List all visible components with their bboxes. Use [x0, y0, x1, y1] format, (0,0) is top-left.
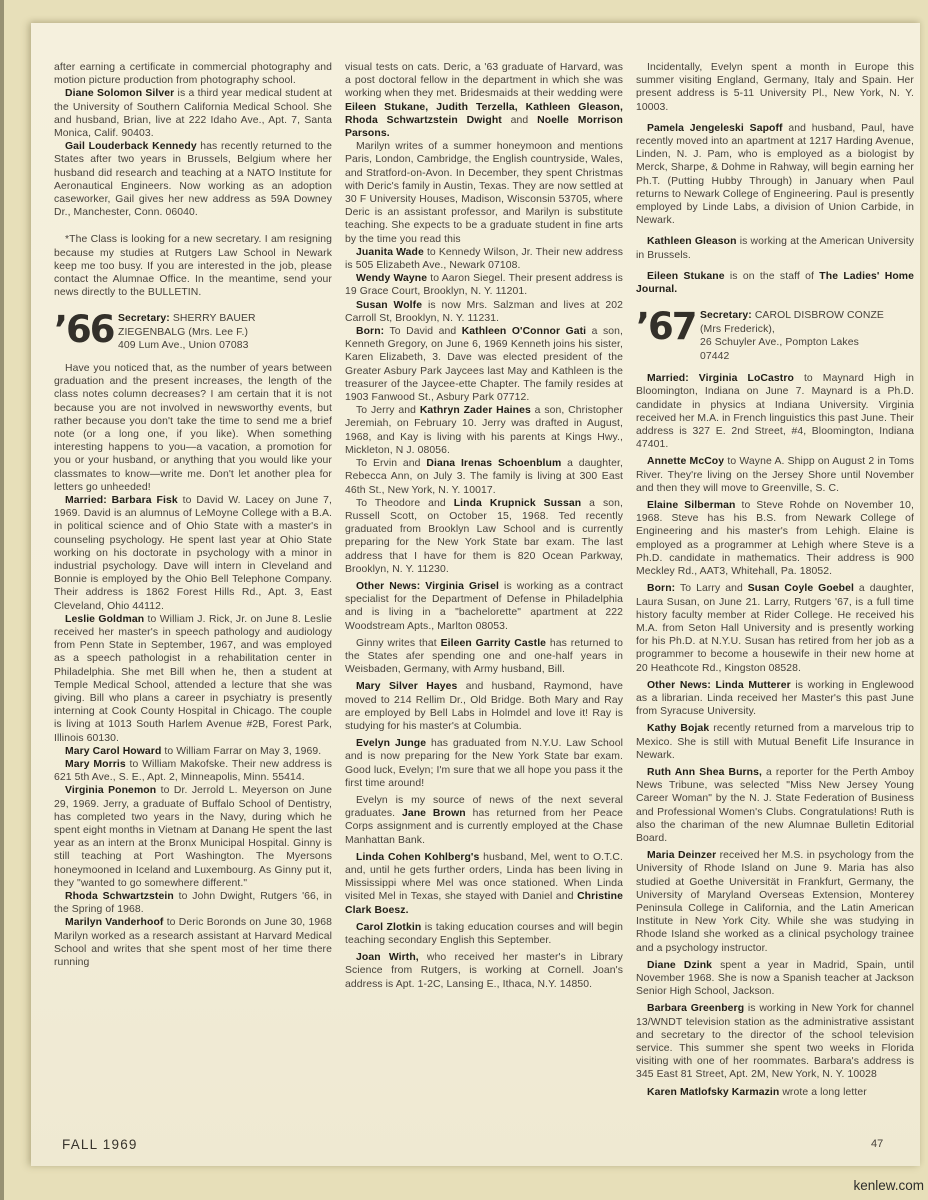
paragraph: Mary Carol Howard to William Farrar on M… [54, 745, 332, 758]
name-lead-in: Married: Barbara Fisk [65, 495, 178, 506]
body-text: CAROL DISBROW CONZE [752, 310, 884, 321]
paragraph: Other News: Linda Mutterer is working in… [636, 679, 914, 719]
paragraph: Barbara Greenberg is working in New York… [636, 1002, 914, 1081]
text-columns: after earning a certificate in commercia… [54, 61, 914, 1099]
name-lead-in: Other News: Virginia Grisel [356, 581, 499, 592]
body-text: a reporter for the Perth Amboy News Trib… [636, 767, 914, 844]
body-text: To Jerry and [356, 405, 420, 416]
name-lead-in: Mary Morris [65, 759, 126, 770]
name-lead-in: Born: [647, 583, 675, 594]
column-2: visual tests on cats. Deric, a '63 gradu… [345, 61, 623, 1099]
body-text: To Larry and [675, 583, 748, 594]
body-text: has recently returned to the States afte… [54, 141, 332, 218]
secretary-line: 409 Lum Ave., Union 07083 [118, 339, 256, 353]
name-lead-in: Maria Deinzer [647, 850, 716, 861]
body-text: a daughter, Laura Susan, on June 21. Lar… [636, 583, 914, 673]
paragraph: Incidentally, Evelyn spent a month in Eu… [636, 61, 914, 114]
page: after earning a certificate in commercia… [31, 23, 920, 1166]
body-text: To Theodore and [356, 498, 454, 509]
name-lead-in: Linda Krupnick Sussan [454, 498, 581, 509]
paragraph: Kathy Bojak recently returned from a mar… [636, 722, 914, 762]
body-text: ZIEGENBALG (Mrs. Lee F.) [118, 327, 248, 338]
body-text: SHERRY BAUER [170, 313, 256, 324]
body-text: to Steve Rohde on November 10, 1968. Ste… [636, 500, 914, 577]
name-lead-in: Karen Matlofsky Karmazin [647, 1087, 779, 1098]
body-text: to William Farrar on May 3, 1969. [161, 746, 321, 757]
paragraph: Kathleen Gleason is working at the Ameri… [636, 235, 914, 261]
paragraph: Joan Wirth, who received her master's in… [345, 951, 623, 991]
secretary-info: Secretary: CAROL DISBROW CONZE(Mrs Frede… [700, 309, 884, 363]
name-lead-in: Susan Wolfe [356, 300, 422, 311]
paragraph: Marilyn Vanderhoof to Deric Boronds on J… [54, 916, 332, 969]
paragraph: Married: Barbara Fisk to David W. Lacey … [54, 494, 332, 613]
issue-label: FALL 1969 [62, 1137, 138, 1152]
secretary-line: (Mrs Frederick), [700, 323, 884, 337]
body-text: To David and [384, 326, 461, 337]
body-text: To Ervin and [356, 458, 426, 469]
body-text: and husband, Paul, have recently moved i… [636, 123, 914, 226]
name-lead-in: Joan Wirth, [356, 952, 419, 963]
name-lead-in: Kathryn Zader Haines [420, 405, 531, 416]
paragraph: Evelyn Junge has graduated from N.Y.U. L… [345, 737, 623, 790]
body-text: after earning a certificate in commercia… [54, 62, 332, 86]
paragraph: Diane Solomon Silver is a third year med… [54, 87, 332, 140]
name-lead-in: Diana Irenas Schoenblum [426, 458, 561, 469]
class-year-section-header: ’67Secretary: CAROL DISBROW CONZE(Mrs Fr… [636, 309, 914, 363]
body-text: Incidentally, Evelyn spent a month in Eu… [636, 62, 914, 113]
name-lead-in: Secretary: [700, 310, 752, 321]
body-text: a son, Kenneth Gregory, on June 6, 1969 … [345, 326, 623, 403]
paragraph: visual tests on cats. Deric, a '63 gradu… [345, 61, 623, 140]
body-text: to Dr. Jerrold L. Meyerson on June 29, 1… [54, 785, 332, 888]
name-lead-in: Gail Louderback Kennedy [65, 141, 197, 152]
name-lead-in: Kathy Bojak [647, 723, 709, 734]
name-lead-in: Married: Virginia LoCastro [647, 373, 794, 384]
body-text: and [502, 115, 537, 126]
body-text: *The Class is looking for a new secretar… [54, 234, 332, 298]
paragraph: Wendy Wayne to Aaron Siegel. Their prese… [345, 272, 623, 298]
paragraph: Gail Louderback Kennedy has recently ret… [54, 140, 332, 219]
page-number: 47 [871, 1138, 883, 1150]
paragraph: *The Class is looking for a new secretar… [54, 233, 332, 299]
body-text: 07442 [700, 351, 729, 362]
name-lead-in: Ruth Ann Shea Burns, [647, 767, 762, 778]
paragraph: Pamela Jengeleski Sapoff and husband, Pa… [636, 122, 914, 228]
body-text: to David W. Lacey on June 7, 1969. David… [54, 495, 332, 612]
secretary-line: 26 Schuyler Ave., Pompton Lakes [700, 336, 884, 350]
paragraph: Diane Dzink spent a year in Madrid, Spai… [636, 959, 914, 999]
name-lead-in: Diane Solomon Silver [65, 88, 174, 99]
secretary-line: ZIEGENBALG (Mrs. Lee F.) [118, 326, 256, 340]
name-lead-in: Juanita Wade [356, 247, 424, 258]
body-text: 26 Schuyler Ave., Pompton Lakes [700, 337, 859, 348]
paragraph: Have you noticed that, as the number of … [54, 362, 332, 494]
paragraph: Other News: Virginia Grisel is working a… [345, 580, 623, 633]
name-lead-in: Eileen Stukane [647, 271, 725, 282]
name-lead-in: Wendy Wayne [356, 273, 427, 284]
paragraph: Married: Virginia LoCastro to Maynard Hi… [636, 372, 914, 451]
body-text: is on the staff of [725, 271, 820, 282]
secretary-line: Secretary: SHERRY BAUER [118, 312, 256, 326]
secretary-info: Secretary: SHERRY BAUERZIEGENBALG (Mrs. … [118, 312, 256, 353]
name-lead-in: Marilyn Vanderhoof [65, 917, 163, 928]
name-lead-in: Virginia Ponemon [65, 785, 156, 796]
name-lead-in: Mary Carol Howard [65, 746, 161, 757]
body-text: Ginny writes that [356, 638, 441, 649]
body-text: Have you noticed that, as the number of … [54, 363, 332, 493]
paragraph: To Ervin and Diana Irenas Schoenblum a d… [345, 457, 623, 497]
body-text: to William J. Rick, Jr. on June 8. Lesli… [54, 614, 332, 744]
name-lead-in: Susan Coyle Goebel [748, 583, 854, 594]
name-lead-in: Rhoda Schwartzstein [65, 891, 174, 902]
column-3: Incidentally, Evelyn spent a month in Eu… [636, 61, 914, 1099]
paragraph: Born: To Larry and Susan Coyle Goebel a … [636, 582, 914, 674]
name-lead-in: Carol Zlotkin [356, 922, 421, 933]
body-text: Marilyn writes of a summer honeymoon and… [345, 141, 623, 244]
class-year-label: ’67 [636, 309, 700, 363]
paragraph: Ginny writes that Eileen Garrity Castle … [345, 637, 623, 677]
body-text: is working in New York for channel 13/WN… [636, 1003, 914, 1080]
paragraph: Born: To David and Kathleen O'Connor Gat… [345, 325, 623, 404]
paragraph: To Theodore and Linda Krupnick Sussan a … [345, 497, 623, 576]
body-text: to Maynard High in Bloomington, Indiana … [636, 373, 914, 450]
body-text: a son, Russell Scott, on October 15, 196… [345, 498, 623, 575]
body-text: wrote a long letter [779, 1087, 866, 1098]
paragraph: Leslie Goldman to William J. Rick, Jr. o… [54, 613, 332, 745]
name-lead-in: Eileen Garrity Castle [441, 638, 546, 649]
body-text: visual tests on cats. Deric, a '63 gradu… [345, 62, 623, 99]
column-1: after earning a certificate in commercia… [54, 61, 332, 1099]
name-lead-in: Born: [356, 326, 384, 337]
name-lead-in: Linda Cohen Kohlberg's [356, 852, 479, 863]
name-lead-in: Leslie Goldman [65, 614, 144, 625]
paragraph: Eileen Stukane is on the staff of The La… [636, 270, 914, 296]
paragraph: Virginia Ponemon to Dr. Jerrold L. Meyer… [54, 784, 332, 890]
paragraph: Mary Silver Hayes and husband, Raymond, … [345, 680, 623, 733]
paragraph: Ruth Ann Shea Burns, a reporter for the … [636, 766, 914, 845]
paragraph: Marilyn writes of a summer honeymoon and… [345, 140, 623, 246]
name-lead-in: Secretary: [118, 313, 170, 324]
paragraph: Evelyn is my source of news of the next … [345, 794, 623, 847]
paragraph: Mary Morris to William Makofske. Their n… [54, 758, 332, 784]
watermark: kenlew.com [853, 1178, 924, 1193]
paragraph: Carol Zlotkin is taking education course… [345, 921, 623, 947]
name-lead-in: Other News: Linda Mutterer [647, 680, 791, 691]
body-text: (Mrs Frederick), [700, 324, 775, 335]
name-lead-in: Jane Brown [402, 808, 466, 819]
paragraph: Susan Wolfe is now Mrs. Salzman and live… [345, 299, 623, 325]
paragraph: To Jerry and Kathryn Zader Haines a son,… [345, 404, 623, 457]
name-lead-in: Kathleen O'Connor Gati [462, 326, 586, 337]
paragraph: after earning a certificate in commercia… [54, 61, 332, 87]
name-lead-in: Barbara Greenberg [647, 1003, 744, 1014]
magazine-page-scan: after earning a certificate in commercia… [0, 0, 928, 1200]
name-lead-in: Mary Silver Hayes [356, 681, 457, 692]
secretary-line: Secretary: CAROL DISBROW CONZE [700, 309, 884, 323]
paragraph: Maria Deinzer received her M.S. in psych… [636, 849, 914, 955]
name-lead-in: Diane Dzink [647, 960, 712, 971]
name-lead-in: Elaine Silberman [647, 500, 735, 511]
name-lead-in: Evelyn Junge [356, 738, 426, 749]
paragraph: Linda Cohen Kohlberg's husband, Mel, wen… [345, 851, 623, 917]
secretary-line: 07442 [700, 350, 884, 364]
paragraph: Juanita Wade to Kennedy Wilson, Jr. Thei… [345, 246, 623, 272]
paragraph: Annette McCoy to Wayne A. Shipp on Augus… [636, 455, 914, 495]
class-year-label: ’66 [54, 312, 118, 353]
class-year-section-header: ’66Secretary: SHERRY BAUERZIEGENBALG (Mr… [54, 312, 332, 353]
paragraph: Elaine Silberman to Steve Rohde on Novem… [636, 499, 914, 578]
name-lead-in: Kathleen Gleason [647, 236, 737, 247]
paragraph: Rhoda Schwartzstein to John Dwight, Rutg… [54, 890, 332, 916]
body-text: 409 Lum Ave., Union 07083 [118, 340, 249, 351]
name-lead-in: Annette McCoy [647, 456, 724, 467]
name-lead-in: Pamela Jengeleski Sapoff [647, 123, 783, 134]
paragraph: Karen Matlofsky Karmazin wrote a long le… [636, 1086, 914, 1099]
scan-edge-shadow [0, 0, 4, 1200]
body-text: received her M.S. in psychology from the… [636, 850, 914, 953]
